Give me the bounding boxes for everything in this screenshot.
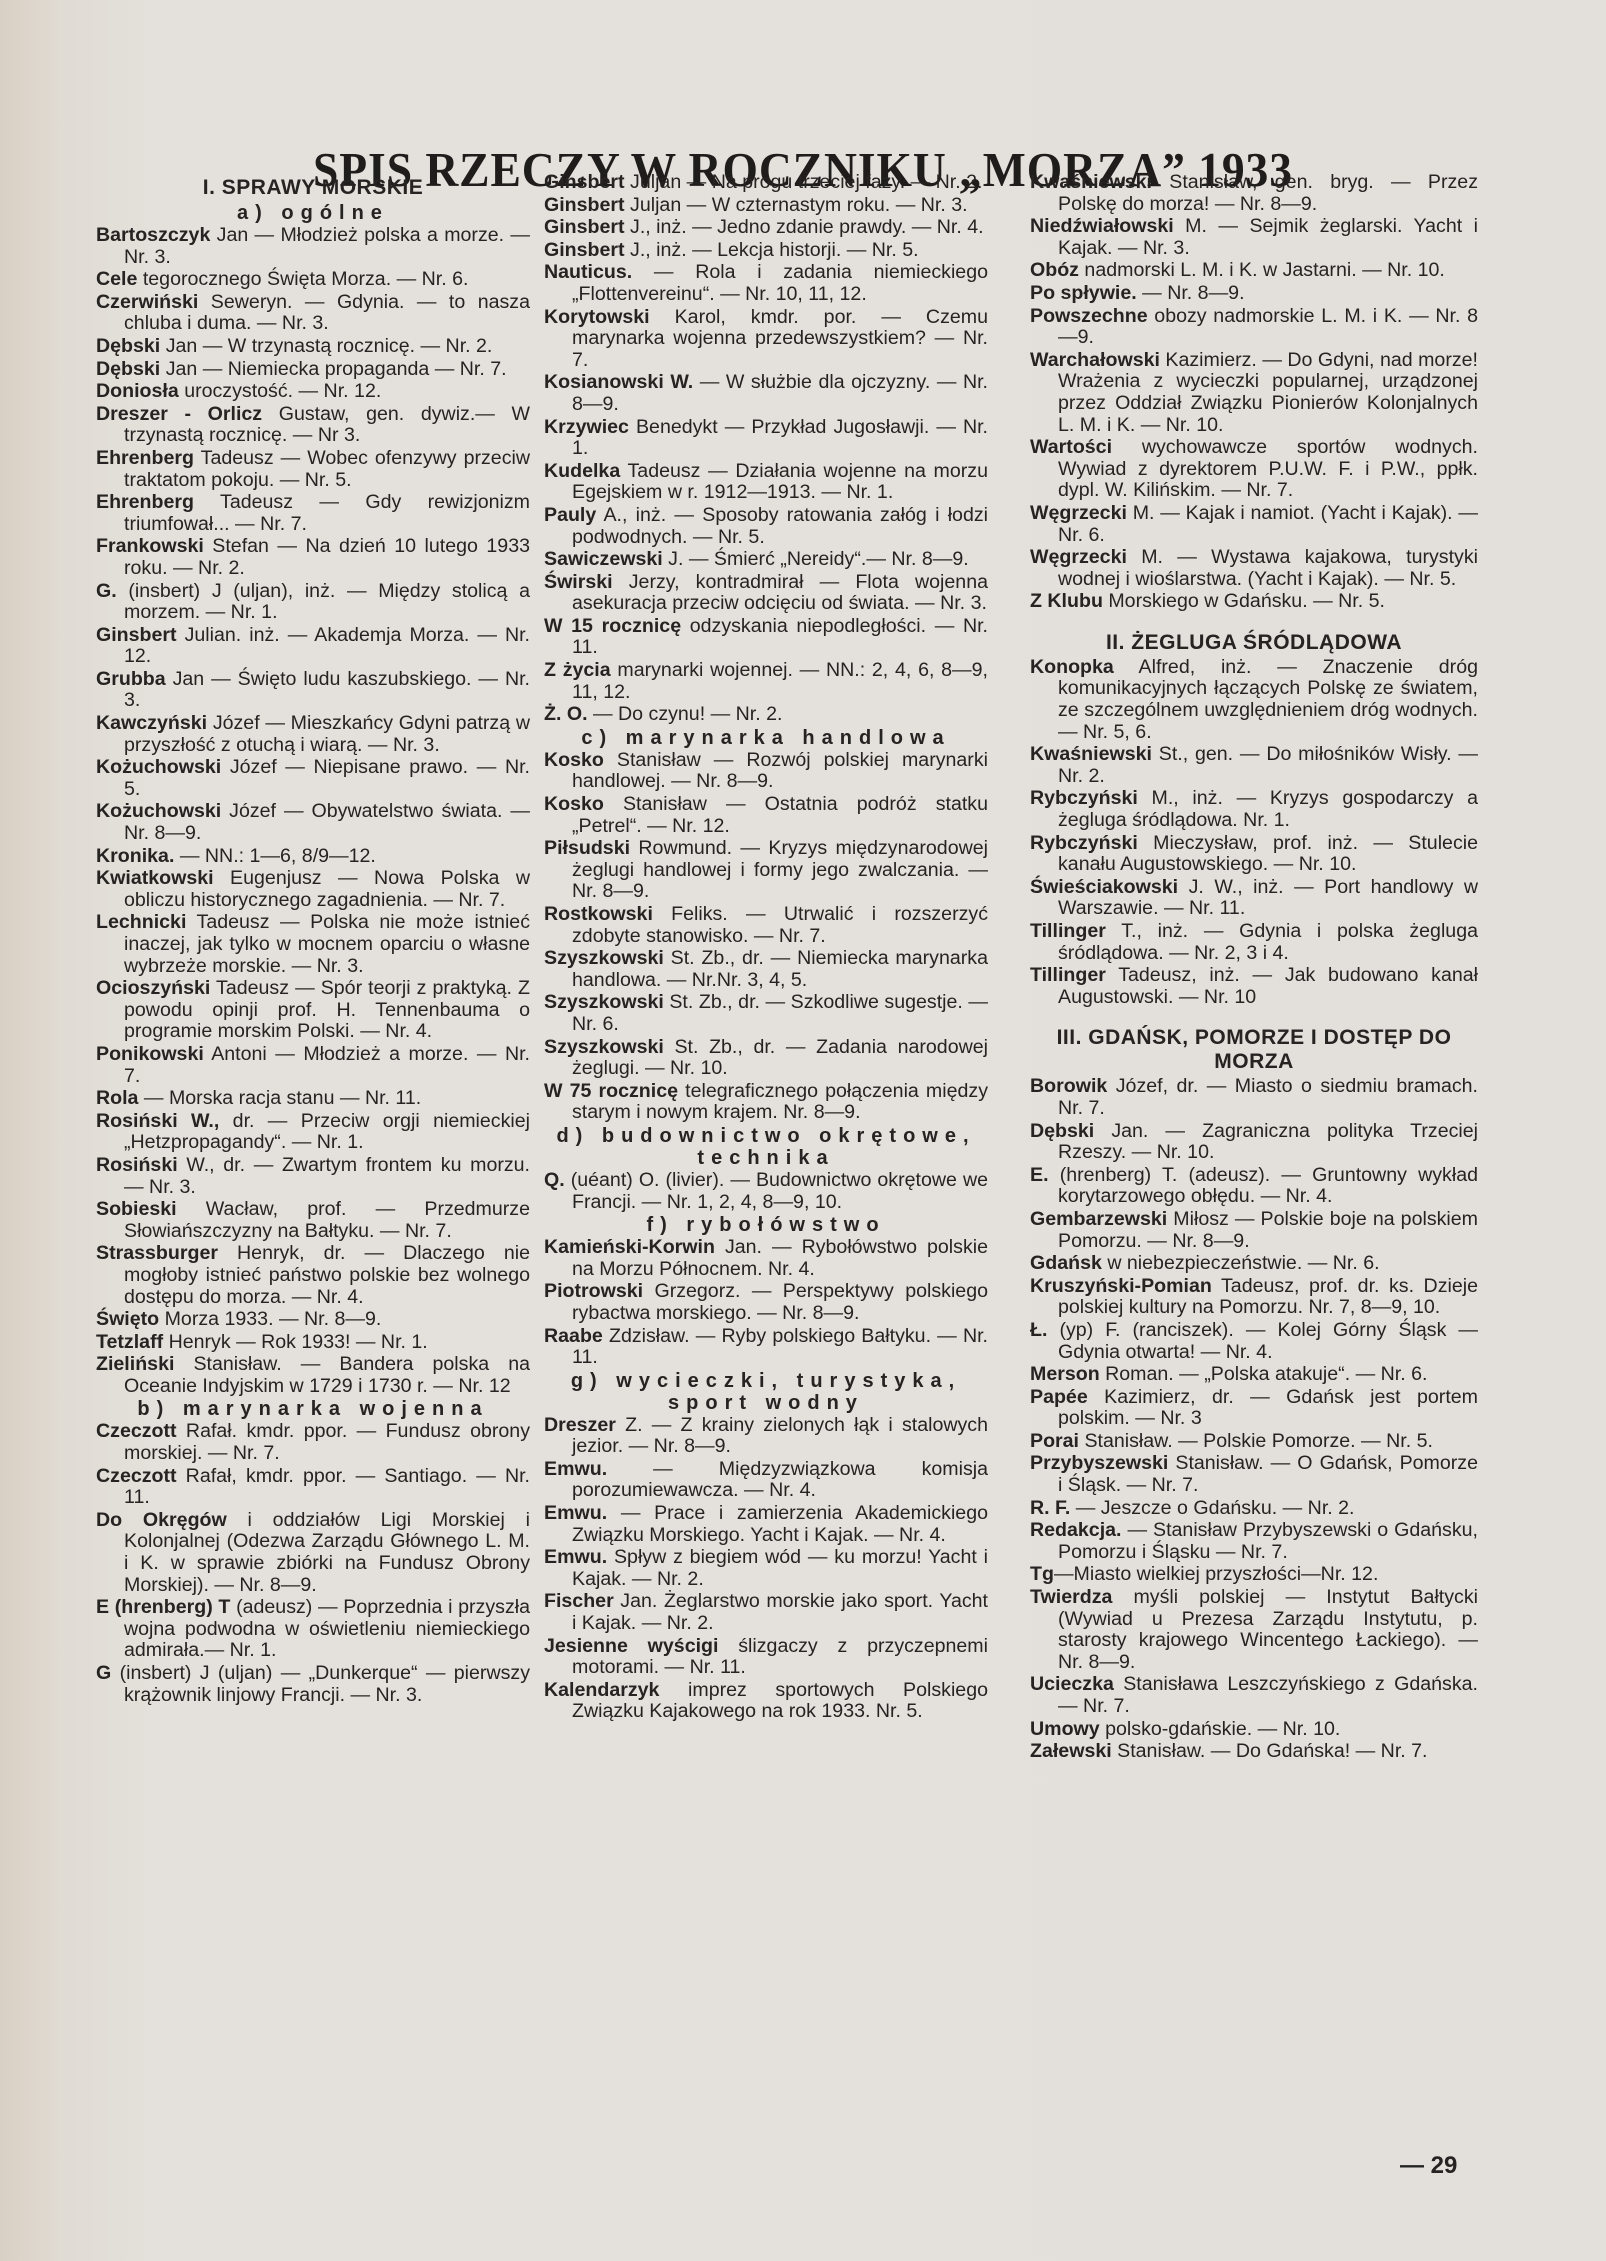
entry-author: Kronika. (96, 845, 174, 867)
entry-author: Ehrenberg (96, 491, 194, 513)
index-entry: Porai Stanisław. — Polskie Pomorze. — Nr… (1030, 1431, 1478, 1453)
entry-title-and-issue: polsko-gdańskie. — Nr. 10. (1100, 1718, 1341, 1740)
index-entry: Rybczyński Mieczysław, prof. inż. — Stul… (1030, 833, 1478, 876)
entry-title-and-issue: wychowawcze sportów wodnych. Wywiad z dy… (1058, 436, 1478, 501)
index-entry: Ehrenberg Tadeusz — Gdy rewizjonizm triu… (96, 492, 530, 535)
entry-title-and-issue: (hrenberg) T. (adeusz). — Gruntowny wykł… (1049, 1164, 1478, 1208)
index-entry: Redakcja. — Stanisław Przybyszewski o Gd… (1030, 1520, 1478, 1563)
index-entry: Tetzlaff Henryk — Rok 1933! — Nr. 1. (96, 1332, 530, 1354)
entry-author: Zieliński (96, 1353, 174, 1375)
entry-author: Umowy (1030, 1718, 1100, 1740)
index-entry: Czerwiński Seweryn. — Gdynia. — to nasza… (96, 292, 530, 335)
subsection-heading: f) rybołówstwo (544, 1214, 988, 1236)
index-entry: Emwu. Spływ z biegiem wód — ku morzu! Ya… (544, 1547, 988, 1590)
subsection-heading: g) wycieczki, turystyka, sport wodny (544, 1370, 988, 1414)
index-entry: Grubba Jan — Święto ludu kaszubskiego. —… (96, 669, 530, 712)
section-heading: I. SPRAWY MORSKIE (96, 176, 530, 200)
index-entry: Ehrenberg Tadeusz — Wobec ofenzywy przec… (96, 448, 530, 491)
entry-title-and-issue: — NN.: 1—6, 8/9—12. (174, 845, 375, 867)
index-entry: Ł. (yp) F. (ranciszek). — Kolej Górny Śl… (1030, 1320, 1478, 1363)
index-entry: Kwiatkowski Eugenjusz — Nowa Polska w ob… (96, 868, 530, 911)
entry-author: Dreszer - Orlicz (96, 403, 262, 425)
index-entry: Umowy polsko-gdańskie. — Nr. 10. (1030, 1719, 1478, 1741)
entry-author: Kawczyński (96, 712, 207, 734)
index-entry: Papée Kazimierz, dr. — Gdańsk jest porte… (1030, 1387, 1478, 1430)
index-entry: Pauly A., inż. — Sposoby ratowania załóg… (544, 505, 988, 548)
entry-author: Po spływie. (1030, 282, 1137, 304)
index-entry: Kosko Stanisław — Rozwój polskiej maryna… (544, 750, 988, 793)
index-entry: Sobieski Wacław, prof. — Przedmurze Słow… (96, 1199, 530, 1242)
index-entry: Świeściakowski J. W., inż. — Port handlo… (1030, 877, 1478, 920)
index-entry: Kalendarzyk imprez sportowych Polskiego … (544, 1680, 988, 1723)
index-entry: Szyszkowski St. Zb., dr. — Szkodliwe sug… (544, 992, 988, 1035)
entry-author: Kosianowski W. (544, 371, 693, 393)
entry-author: Fischer (544, 1590, 614, 1612)
index-entry: Rola — Morska racja stanu — Nr. 11. (96, 1088, 530, 1110)
index-entry: Kwaśniewski St., gen. — Do miłośników Wi… (1030, 744, 1478, 787)
entry-title-and-issue: Henryk — Rok 1933! — Nr. 1. (163, 1331, 428, 1353)
entry-title-and-issue: w niebezpieczeństwie. — Nr. 6. (1102, 1252, 1380, 1274)
entry-author: Merson (1030, 1363, 1100, 1385)
index-entry: Cele tegorocznego Święta Morza. — Nr. 6. (96, 269, 530, 291)
index-entry: Tillinger Tadeusz, inż. — Jak budowano k… (1030, 965, 1478, 1008)
index-entry: Dębski Jan — W trzynastą rocznicę. — Nr.… (96, 336, 530, 358)
entry-author: Gdańsk (1030, 1252, 1102, 1274)
index-entry: Strassburger Henryk, dr. — Dlaczego nie … (96, 1243, 530, 1308)
index-entry: Ginsbert Juljan — Na progu trzeciej fazy… (544, 172, 988, 194)
entry-title-and-issue: Stanisław. — Do Gdańska! — Nr. 7. (1112, 1740, 1428, 1762)
entry-author: Lechnicki (96, 911, 186, 933)
index-entry: Tg—Miasto wielkiej przyszłości—Nr. 12. (1030, 1564, 1478, 1586)
entry-title-and-issue: Stanisław. — Polskie Pomorze. — Nr. 5. (1079, 1430, 1433, 1452)
entry-title-and-issue: — Rola i zadania niemieckiego „Flottenve… (572, 261, 988, 305)
entry-title-and-issue: Stanisława Leszczyńskiego z Gdańska. — N… (1058, 1673, 1478, 1717)
index-entry: Kamieński-Korwin Jan. — Rybołówstwo pols… (544, 1237, 988, 1280)
index-entry: G (insbert) J (uljan) — „Dunkerque“ — pi… (96, 1663, 530, 1706)
entry-title-and-issue: Morskiego w Gdańsku. — Nr. 5. (1103, 590, 1385, 612)
index-entry: Warchałowski Kazimierz. — Do Gdyni, nad … (1030, 350, 1478, 436)
entry-author: Krzywiec (544, 416, 629, 438)
entry-author: Frankowski (96, 535, 204, 557)
entry-title-and-issue: Julian. inż. — Akademja Morza. — Nr. 12. (124, 624, 530, 668)
entry-author: Kożuchowski (96, 756, 221, 778)
entry-author: Kwaśniewski (1030, 743, 1152, 765)
index-entry: Bartoszczyk Jan — Młodzież polska a morz… (96, 225, 530, 268)
index-entry: R. F. — Jeszcze o Gdańsku. — Nr. 2. (1030, 1498, 1478, 1520)
entry-author: Kosko (544, 749, 604, 771)
entry-author: Raabe (544, 1325, 603, 1347)
index-column-1: I. SPRAWY MORSKIEa) ogólneBartoszczyk Ja… (96, 172, 530, 1707)
entry-title-and-issue: Wacław, prof. — Przedmurze Słowiańszczyz… (124, 1198, 530, 1242)
entry-author: Ginsbert (544, 239, 625, 261)
index-entry: Ginsbert J., inż. — Jedno zdanie prawdy.… (544, 217, 988, 239)
entry-title-and-issue: Alfred, inż. — Znaczenie dróg komunikacy… (1058, 656, 1478, 743)
index-entry: Gembarzewski Miłosz — Polskie boje na po… (1030, 1209, 1478, 1252)
index-entry: Piotrowski Grzegorz. — Perspektywy polsk… (544, 1281, 988, 1324)
entry-title-and-issue: Stanisław. — Bandera polska na Oceanie I… (124, 1353, 530, 1397)
entry-title-and-issue: tegorocznego Święta Morza. — Nr. 6. (137, 268, 468, 290)
entry-title-and-issue: Juljan — W czternastym roku. — Nr. 3. (625, 194, 968, 216)
entry-title-and-issue: Spływ z biegiem wód — ku morzu! Yacht i … (572, 1546, 988, 1590)
entry-title-and-issue: Kazimierz, dr. — Gdańsk jest portem pols… (1058, 1386, 1478, 1430)
entry-author: Świrski (544, 571, 613, 593)
index-entry: Węgrzecki M. — Wystawa kajakowa, turysty… (1030, 547, 1478, 590)
entry-author: Strassburger (96, 1242, 218, 1264)
index-entry: Kosko Stanisław — Ostatnia podróż statku… (544, 794, 988, 837)
index-entry: Z życia marynarki wojennej. — NN.: 2, 4,… (544, 660, 988, 703)
entry-title-and-issue: — Prace i zamierzenia Akademickiego Zwią… (572, 1502, 988, 1546)
index-entry: Raabe Zdzisław. — Ryby polskiego Bałtyku… (544, 1326, 988, 1369)
entry-title-and-issue: Zdzisław. — Ryby polskiego Bałtyku. — Nr… (572, 1325, 988, 1369)
entry-title-and-issue: — Morska racja stanu — Nr. 11. (138, 1087, 421, 1109)
entry-title-and-issue: (uéant) O. (livier). — Budownictwo okręt… (565, 1169, 988, 1213)
entry-author: Korytowski (544, 306, 650, 328)
entry-author: W 75 rocznicę (544, 1080, 678, 1102)
entry-title-and-issue: Tadeusz — Działania wojenne na morzu Ege… (572, 460, 988, 504)
entry-title-and-issue: —Miasto wielkiej przyszłości—Nr. 12. (1054, 1563, 1378, 1585)
index-entry: W 75 rocznicę telegraficznego połączenia… (544, 1081, 988, 1124)
entry-author: Ł. (1030, 1319, 1047, 1341)
entry-author: Papée (1030, 1386, 1088, 1408)
entry-title-and-issue: Stanisław — Rozwój polskiej marynarki ha… (572, 749, 988, 793)
index-entry: E. (hrenberg) T. (adeusz). — Gruntowny w… (1030, 1165, 1478, 1208)
entry-author: Kosko (544, 793, 604, 815)
page-number: — 29 (1400, 2152, 1457, 2180)
entry-title-and-issue: nadmorski L. M. i K. w Jastarni. — Nr. 1… (1079, 259, 1445, 281)
entry-author: Węgrzecki (1030, 546, 1127, 568)
entry-title-and-issue: uroczystość. — Nr. 12. (179, 380, 382, 402)
index-entry: Obóz nadmorski L. M. i K. w Jastarni. — … (1030, 260, 1478, 282)
entry-title-and-issue: Roman. — „Polska atakuje“. — Nr. 6. (1100, 1363, 1428, 1385)
entry-title-and-issue: Rowmund. — Kryzys międzynarodowej żeglug… (572, 837, 988, 902)
index-entry: Gdańsk w niebezpieczeństwie. — Nr. 6. (1030, 1253, 1478, 1275)
subsection-heading: d) budownictwo okrętowe, technika (544, 1125, 988, 1169)
index-entry: Piłsudski Rowmund. — Kryzys międzynarodo… (544, 838, 988, 903)
entry-title-and-issue: Jan — W trzynastą rocznicę. — Nr. 2. (160, 335, 492, 357)
entry-title-and-issue: Jerzy, kontradmirał — Flota wojenna asek… (572, 571, 988, 615)
index-entry: Kożuchowski Józef — Obywatelstwo świata.… (96, 801, 530, 844)
subsection-heading: c) marynarka handlowa (544, 727, 988, 749)
entry-author: Wartości (1030, 436, 1112, 458)
entry-title-and-issue: Benedykt — Przykład Jugosławji. — Nr. 1. (572, 416, 988, 460)
entry-author: Emwu. (544, 1458, 607, 1480)
index-entry: Doniosła uroczystość. — Nr. 12. (96, 381, 530, 403)
entry-title-and-issue: J. — Śmierć „Nereidy“.— Nr. 8—9. (663, 548, 969, 570)
entry-author: Nauticus. (544, 261, 632, 283)
entry-author: Ginsbert (96, 624, 177, 646)
entry-author: Konopka (1030, 656, 1114, 678)
entry-title-and-issue: J., inż. — Jedno zdanie prawdy. — Nr. 4. (625, 216, 984, 238)
entry-author: Gembarzewski (1030, 1208, 1167, 1230)
index-entry: Dreszer Z. — Z krainy zielonych łąk i st… (544, 1415, 988, 1458)
entry-title-and-issue: (yp) F. (ranciszek). — Kolej Górny Śląsk… (1047, 1319, 1478, 1363)
index-entry: Rybczyński M., inż. — Kryzys gospodarczy… (1030, 788, 1478, 831)
index-entry: Dębski Jan — Niemiecka propaganda — Nr. … (96, 359, 530, 381)
entry-title-and-issue: Juljan — Na progu trzeciej fazy. — Nr. 2… (625, 171, 983, 193)
entry-title-and-issue: Jan — Niemiecka propaganda — Nr. 7. (160, 358, 506, 380)
entry-author: Dębski (1030, 1120, 1094, 1142)
index-entry: Po spływie. — Nr. 8—9. (1030, 283, 1478, 305)
index-entry: Rosiński W., dr. — Przeciw orgji niemiec… (96, 1111, 530, 1154)
entry-title-and-issue: T., inż. — Gdynia i polska żegluga śródl… (1058, 920, 1478, 964)
index-entry: Świrski Jerzy, kontradmirał — Flota woje… (544, 572, 988, 615)
entry-author: Piłsudski (544, 837, 630, 859)
entry-title-and-issue: Rafał. kmdr. ppor. — Fundusz obrony mors… (124, 1420, 530, 1464)
entry-title-and-issue: (insbert) J (uljan) — „Dunkerque“ — pier… (111, 1662, 530, 1706)
index-entry: Q. (uéant) O. (livier). — Budownictwo ok… (544, 1170, 988, 1213)
entry-author: Załewski (1030, 1740, 1112, 1762)
entry-author: Czerwiński (96, 291, 198, 313)
index-entry: Kruszyński-Pomian Tadeusz, prof. dr. ks.… (1030, 1276, 1478, 1319)
entry-title-and-issue: Morza 1933. — Nr. 8—9. (159, 1308, 381, 1330)
index-entry: Święto Morza 1933. — Nr. 8—9. (96, 1309, 530, 1331)
entry-author: Rosiński W., (96, 1110, 219, 1132)
entry-author: Obóz (1030, 259, 1079, 281)
entry-author: E (hrenberg) T (96, 1596, 230, 1618)
index-entry: Ginsbert Juljan — W czternastym roku. — … (544, 195, 988, 217)
index-entry: Konopka Alfred, inż. — Znaczenie dróg ko… (1030, 657, 1478, 743)
index-entry: Twierdza myśli polskiej — Instytut Bałty… (1030, 1587, 1478, 1673)
entry-author: R. F. (1030, 1497, 1070, 1519)
entry-author: Bartoszczyk (96, 224, 210, 246)
index-entry: E (hrenberg) T (adeusz) — Poprzednia i p… (96, 1597, 530, 1662)
entry-author: Kwiatkowski (96, 867, 214, 889)
entry-title-and-issue: — Międzyzwiązkowa komisja porozumiewawcz… (572, 1458, 988, 1502)
index-entry: Ginsbert J., inż. — Lekcja historji. — N… (544, 240, 988, 262)
index-entry: W 15 rocznicę odzyskania niepodległości.… (544, 616, 988, 659)
index-entry: Ginsbert Julian. inż. — Akademja Morza. … (96, 625, 530, 668)
entry-title-and-issue: J., inż. — Lekcja historji. — Nr. 5. (625, 239, 919, 261)
entry-author: Ponikowski (96, 1043, 204, 1065)
entry-author: Tillinger (1030, 920, 1106, 942)
entry-author: Powszechne (1030, 305, 1148, 327)
index-entry: Kwaśniewski Stanisław, gen. bryg. — Prze… (1030, 172, 1478, 215)
index-column-2: Ginsbert Juljan — Na progu trzeciej fazy… (544, 172, 988, 1724)
entry-author: Kamieński-Korwin (544, 1236, 715, 1258)
entry-author: Z życia (544, 659, 611, 681)
index-entry: Dreszer - Orlicz Gustaw, gen. dywiz.— W … (96, 404, 530, 447)
index-entry: Węgrzecki M. — Kajak i namiot. (Yacht i … (1030, 503, 1478, 546)
entry-author: Dreszer (544, 1414, 616, 1436)
entry-author: Z Klubu (1030, 590, 1103, 612)
index-entry: Szyszkowski St. Zb., dr. — Zadania narod… (544, 1037, 988, 1080)
entry-author: Cele (96, 268, 137, 290)
entry-author: Dębski (96, 335, 160, 357)
entry-author: Tillinger (1030, 964, 1106, 986)
index-entry: Rostkowski Feliks. — Utrwalić i rozszerz… (544, 904, 988, 947)
entry-title-and-issue: Jan. Żeglarstwo morskie jako sport. Yach… (572, 1590, 988, 1634)
index-entry: Niedźwiałowski M. — Sejmik żeglarski. Ya… (1030, 216, 1478, 259)
entry-title-and-issue: myśli polskiej — Instytut Bałtycki (Wywi… (1058, 1586, 1478, 1673)
entry-author: Grubba (96, 668, 166, 690)
entry-author: Porai (1030, 1430, 1079, 1452)
index-entry: Fischer Jan. Żeglarstwo morskie jako spo… (544, 1591, 988, 1634)
subsection-heading: a) ogólne (96, 202, 530, 224)
entry-author: Kalendarzyk (544, 1679, 659, 1701)
entry-author: Szyszkowski (544, 991, 664, 1013)
index-entry: Kudelka Tadeusz — Działania wojenne na m… (544, 461, 988, 504)
entry-author: Ginsbert (544, 171, 625, 193)
section-heading: II. ŻEGLUGA ŚRÓDLĄDOWA (1030, 631, 1478, 655)
entry-author: Rosiński (96, 1154, 178, 1176)
entry-author: Tg (1030, 1563, 1054, 1585)
entry-author: Piotrowski (544, 1280, 643, 1302)
entry-author: Czeczott (96, 1420, 177, 1442)
entry-author: Rola (96, 1087, 138, 1109)
index-entry: Kosianowski W. — W służbie dla ojczyzny.… (544, 372, 988, 415)
index-entry: Kronika. — NN.: 1—6, 8/9—12. (96, 846, 530, 868)
entry-title-and-issue: A., inż. — Sposoby ratowania załóg i łod… (572, 504, 988, 548)
index-entry: Tillinger T., inż. — Gdynia i polska żeg… (1030, 921, 1478, 964)
entry-title-and-issue: Jan. — Zagraniczna polityka Trzeciej Rze… (1058, 1120, 1478, 1164)
entry-author: Kudelka (544, 460, 620, 482)
entry-author: Święto (96, 1308, 159, 1330)
index-entry: G. (insbert) J (uljan), inż. — Między st… (96, 581, 530, 624)
entry-author: W 15 rocznicę (544, 615, 681, 637)
entry-title-and-issue: — Do czynu! — Nr. 2. (588, 703, 783, 725)
entry-author: Ż. O. (544, 703, 588, 725)
index-entry: Szyszkowski St. Zb., dr. — Niemiecka mar… (544, 948, 988, 991)
index-entry: Borowik Józef, dr. — Miasto o siedmiu br… (1030, 1076, 1478, 1119)
entry-title-and-issue: marynarki wojennej. — NN.: 2, 4, 6, 8—9,… (572, 659, 988, 703)
entry-title-and-issue: Rafał, kmdr. ppor. — Santiago. — Nr. 11. (124, 1465, 530, 1509)
entry-author: Rybczyński (1030, 787, 1138, 809)
subsection-heading: b) marynarka wojenna (96, 1398, 530, 1420)
entry-author: Ehrenberg (96, 447, 194, 469)
index-entry: Jesienne wyścigi ślizgaczy z przyczepnem… (544, 1636, 988, 1679)
entry-author: Rybczyński (1030, 832, 1138, 854)
index-entry: Ocioszyński Tadeusz — Spór teorji z prak… (96, 978, 530, 1043)
entry-author: Sawiczewski (544, 548, 663, 570)
entry-author: Sobieski (96, 1198, 177, 1220)
index-entry: Wartości wychowawcze sportów wodnych. Wy… (1030, 437, 1478, 502)
entry-title-and-issue: W., dr. — Zwartym frontem ku morzu. — Nr… (124, 1154, 530, 1198)
index-column-3: Kwaśniewski Stanisław, gen. bryg. — Prze… (1030, 172, 1478, 1764)
entry-author: Przybyszewski (1030, 1452, 1168, 1474)
entry-author: Twierdza (1030, 1586, 1112, 1608)
entry-author: Czeczott (96, 1465, 177, 1487)
entry-author: Dębski (96, 358, 160, 380)
entry-author: Doniosła (96, 380, 179, 402)
entry-author: Szyszkowski (544, 947, 664, 969)
entry-author: Borowik (1030, 1075, 1107, 1097)
entry-title-and-issue: Z. — Z krainy zielonych łąk i stalowych … (572, 1414, 988, 1458)
entry-author: Emwu. (544, 1502, 607, 1524)
index-entry: Rosiński W., dr. — Zwartym frontem ku mo… (96, 1155, 530, 1198)
entry-author: Q. (544, 1169, 565, 1191)
section-heading: III. GDAŃSK, POMORZE I DOSTĘP DO MORZA (1030, 1026, 1478, 1074)
entry-author: Ginsbert (544, 194, 625, 216)
index-entry: Ucieczka Stanisława Leszczyńskiego z Gda… (1030, 1674, 1478, 1717)
entry-title-and-issue: Tadeusz, inż. — Jak budowano kanał Augus… (1058, 964, 1478, 1008)
index-entry: Kożuchowski Józef — Niepisane prawo. — N… (96, 757, 530, 800)
entry-title-and-issue: — Jeszcze o Gdańsku. — Nr. 2. (1070, 1497, 1354, 1519)
entry-author: G. (96, 580, 117, 602)
entry-author: Ginsbert (544, 216, 625, 238)
index-entry: Zieliński Stanisław. — Bandera polska na… (96, 1354, 530, 1397)
entry-title-and-issue: — Stanisław Przybyszewski o Gdańsku, Pom… (1058, 1519, 1478, 1563)
entry-title-and-issue: Jan — Święto ludu kaszubskiego. — Nr. 3. (124, 668, 530, 712)
index-entry: Z Klubu Morskiego w Gdańsku. — Nr. 5. (1030, 591, 1478, 613)
index-entry: Powszechne obozy nadmorskie L. M. i K. —… (1030, 306, 1478, 349)
index-entry: Nauticus. — Rola i zadania niemieckiego … (544, 262, 988, 305)
entry-author: G (96, 1662, 111, 1684)
entry-title-and-issue: Stanisław — Ostatnia podróż statku „Petr… (572, 793, 988, 837)
entry-author: Ucieczka (1030, 1673, 1114, 1695)
entry-title-and-issue: Józef, dr. — Miasto o siedmiu bramach. N… (1058, 1075, 1478, 1119)
index-entry: Emwu. — Międzyzwiązkowa komisja porozumi… (544, 1459, 988, 1502)
entry-author: Rostkowski (544, 903, 653, 925)
index-entry: Merson Roman. — „Polska atakuje“. — Nr. … (1030, 1364, 1478, 1386)
index-entry: Czeczott Rafał. kmdr. ppor. — Fundusz ob… (96, 1421, 530, 1464)
index-entry: Korytowski Karol, kmdr. por. — Czemu mar… (544, 307, 988, 372)
entry-author: Redakcja. (1030, 1519, 1122, 1541)
document-page: SPIS RZECZY W ROCZNIKU „MORZA” 1933 I. S… (0, 0, 1606, 2261)
entry-author: Do Okręgów (96, 1509, 227, 1531)
index-entry: Frankowski Stefan — Na dzień 10 lutego 1… (96, 536, 530, 579)
entry-author: Pauly (544, 504, 596, 526)
index-entry: Krzywiec Benedykt — Przykład Jugosławji.… (544, 417, 988, 460)
index-entry: Ponikowski Antoni — Młodzież a morze. — … (96, 1044, 530, 1087)
index-entry: Emwu. — Prace i zamierzenia Akademickieg… (544, 1503, 988, 1546)
index-entry: Czeczott Rafał, kmdr. ppor. — Santiago. … (96, 1466, 530, 1509)
index-entry: Do Okręgów i oddziałów Ligi Morskiej i K… (96, 1510, 530, 1596)
entry-author: Emwu. (544, 1546, 607, 1568)
entry-author: Warchałowski (1030, 349, 1160, 371)
index-entry: Dębski Jan. — Zagraniczna polityka Trzec… (1030, 1121, 1478, 1164)
entry-author: Niedźwiałowski (1030, 215, 1174, 237)
entry-author: Kożuchowski (96, 800, 221, 822)
entry-author: Ocioszyński (96, 977, 210, 999)
index-entry: Kawczyński Józef — Mieszkańcy Gdyni patr… (96, 713, 530, 756)
entry-author: Tetzlaff (96, 1331, 163, 1353)
entry-author: Jesienne wyścigi (544, 1635, 718, 1657)
entry-author: Szyszkowski (544, 1036, 664, 1058)
entry-author: Kwaśniewski (1030, 171, 1152, 193)
index-entry: Ż. O. — Do czynu! — Nr. 2. (544, 704, 988, 726)
entry-author: Świeściakowski (1030, 876, 1178, 898)
entry-author: Węgrzecki (1030, 502, 1127, 524)
index-entry: Przybyszewski Stanisław. — O Gdańsk, Pom… (1030, 1453, 1478, 1496)
index-entry: Sawiczewski J. — Śmierć „Nereidy“.— Nr. … (544, 549, 988, 571)
entry-title-and-issue: (insbert) J (uljan), inż. — Między stoli… (117, 580, 530, 624)
entry-author: Kruszyński-Pomian (1030, 1275, 1212, 1297)
entry-title-and-issue: — Nr. 8—9. (1137, 282, 1245, 304)
index-entry: Załewski Stanisław. — Do Gdańska! — Nr. … (1030, 1741, 1478, 1763)
entry-author: E. (1030, 1164, 1049, 1186)
index-entry: Lechnicki Tadeusz — Polska nie może istn… (96, 912, 530, 977)
